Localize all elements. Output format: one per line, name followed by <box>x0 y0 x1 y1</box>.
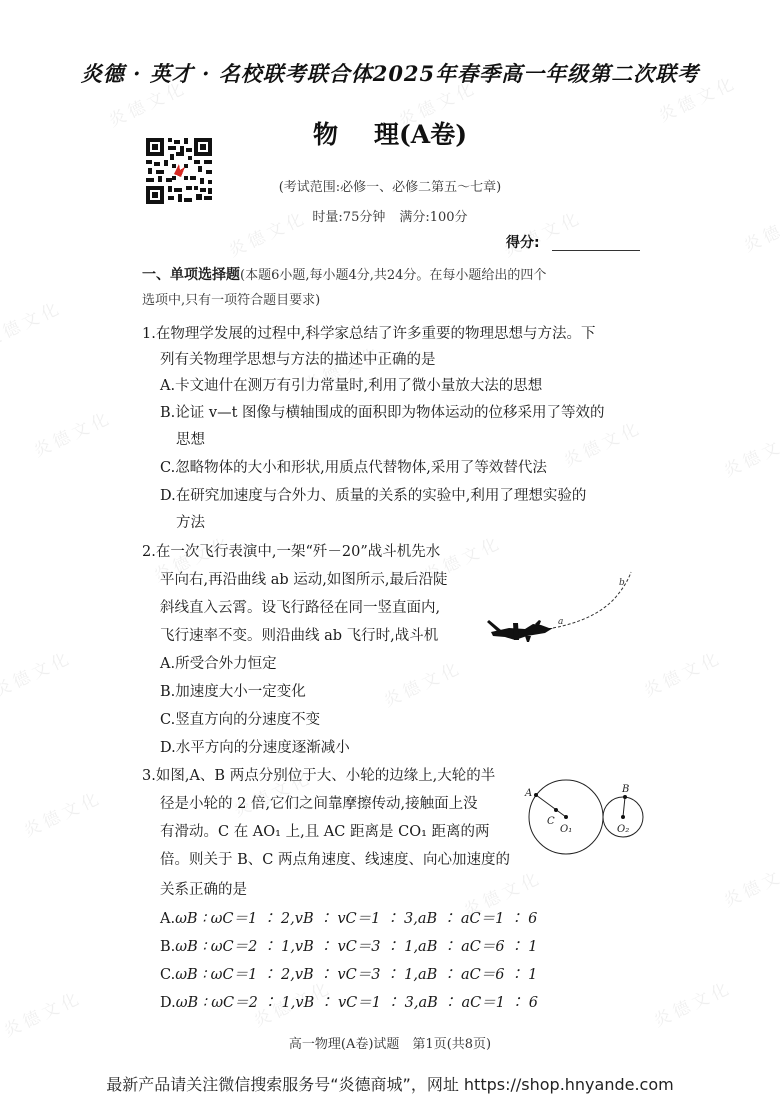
question-1-option-b-cont: 思想 <box>176 430 205 450</box>
section-instructions-cont: 选项中,只有一项符合题目要求) <box>142 291 320 311</box>
exam-time-info: 时量:75分钟满分:100分 <box>0 206 780 225</box>
question-3-stem-cont: 有滑动。C 在 AO₁ 上,且 AC 距离是 CO₁ 距离的两 <box>160 822 490 842</box>
section-title: 一、单项选择题 <box>142 267 240 283</box>
watermark: 炎德文化 <box>379 653 466 711</box>
subject-title-right: 理(A卷) <box>374 120 467 149</box>
label-o2: O₂ <box>617 824 629 835</box>
watermark: 炎德文化 <box>719 853 780 911</box>
section-heading: 一、单项选择题(本题6小题,每小题4分,共24分。在每小题给出的四个 <box>142 265 546 286</box>
question-3-stem-cont: 倍。则关于 B、C 两点角速度、线速度、向心加速度的 <box>160 850 510 870</box>
question-2-option-a[interactable]: A.所受合外力恒定 <box>160 654 277 674</box>
question-2-stem-cont: 斜线直入云霄。设飞行路径在同一竖直面内, <box>160 598 440 618</box>
watermark: 炎德文化 <box>719 423 780 481</box>
question-1-option-a[interactable]: A.卡文迪什在测万有引力常量时,利用了微小量放大法的思想 <box>160 376 542 396</box>
question-1-option-b[interactable]: B.论证 v—t 图像与横轴围成的面积即为物体运动的位移采用了等效的 <box>160 403 605 423</box>
question-3-option-b[interactable]: B.ωB ∶ ωC＝2 ∶ 1,vB ∶ vC＝3 ∶ 1,aB ∶ aC＝6 … <box>160 937 538 957</box>
score-label: 得分: <box>506 232 540 252</box>
exam-scope: (考试范围:必修一、必修二第五～七章) <box>0 176 780 195</box>
question-2-option-c[interactable]: C.竖直方向的分速度不变 <box>160 710 320 730</box>
question-3-stem: 3.如图,A、B 两点分别位于大、小轮的边缘上,大轮的半 <box>142 766 495 786</box>
label-o1: O₁ <box>560 824 572 835</box>
question-3-option-d[interactable]: D.ωB ∶ ωC＝2 ∶ 1,vB ∶ vC＝1 ∶ 3,aB ∶ aC＝1 … <box>160 993 538 1013</box>
question-1-option-d-cont: 方法 <box>176 513 205 533</box>
exam-series-title: 炎德 · 英才 · 名校联考联合体2025年春季高一年级第二次联考 <box>0 58 780 88</box>
watermark: 炎德文化 <box>639 643 726 701</box>
subject-title: 物理(A卷) <box>0 115 780 151</box>
watermark: 炎德文化 <box>0 293 65 351</box>
question-3-stem-cont: 关系正确的是 <box>160 880 247 900</box>
full-score: 满分:100分 <box>399 210 467 225</box>
score-blank[interactable] <box>552 250 640 251</box>
question-1-option-d[interactable]: D.在研究加速度与合外力、质量的关系的实验中,利用了理想实验的 <box>160 486 586 506</box>
question-1-option-c[interactable]: C.忽略物体的大小和形状,用质点代替物体,采用了等效替代法 <box>160 458 547 478</box>
watermark: 炎德文化 <box>29 403 116 461</box>
question-3-option-a[interactable]: A.ωB ∶ ωC＝1 ∶ 2,vB ∶ vC＝1 ∶ 3,aB ∶ aC＝1 … <box>160 909 537 929</box>
promo-link[interactable]: 最新产品请关注微信搜索服务号“炎德商城”，网址 https://shop.hny… <box>0 1072 780 1095</box>
label-b: B <box>621 784 629 795</box>
question-1-stem-cont: 列有关物理学思想与方法的描述中正确的是 <box>160 350 436 370</box>
question-2-stem-cont: 飞行速率不变。则沿曲线 ab 飞行时,战斗机 <box>160 626 438 646</box>
question-3-stem-cont: 径是小轮的 2 倍,它们之间靠摩擦传动,接触面上没 <box>160 794 478 814</box>
fighter-jet-figure: a b <box>485 570 645 650</box>
label-c: C <box>547 816 555 827</box>
question-2-option-d[interactable]: D.水平方向的分速度逐渐减小 <box>160 738 350 758</box>
question-1-stem: 1.在物理学发展的过程中,科学家总结了许多重要的物理思想与方法。下 <box>142 324 595 344</box>
question-2-stem-cont: 平向右,再沿曲线 ab 运动,如图所示,最后沿陡 <box>160 570 447 590</box>
watermark: 炎德文化 <box>0 643 75 701</box>
watermark: 炎德文化 <box>19 783 106 841</box>
page-footer: 高一物理(A卷)试题 第1页(共8页) <box>0 1033 780 1052</box>
watermark: 炎德文化 <box>649 973 736 1031</box>
question-2-option-b[interactable]: B.加速度大小一定变化 <box>160 682 306 702</box>
friction-wheels-figure: A C O₁ B O₂ <box>520 772 650 872</box>
question-3-option-c[interactable]: C.ωB ∶ ωC＝1 ∶ 2,vB ∶ vC＝3 ∶ 1,aB ∶ aC＝6 … <box>160 965 537 985</box>
question-2-stem: 2.在一次飞行表演中,一架“歼－20”战斗机先水 <box>142 542 440 562</box>
time-limit: 时量:75分钟 <box>312 210 385 225</box>
section-instructions: (本题6小题,每小题4分,共24分。在每小题给出的四个 <box>240 268 546 283</box>
point-b-label: b <box>619 578 625 588</box>
label-a: A <box>524 788 532 799</box>
point-a-label: a <box>558 617 563 627</box>
fighter-jet-icon <box>487 620 553 642</box>
subject-title-left: 物 <box>313 120 338 149</box>
